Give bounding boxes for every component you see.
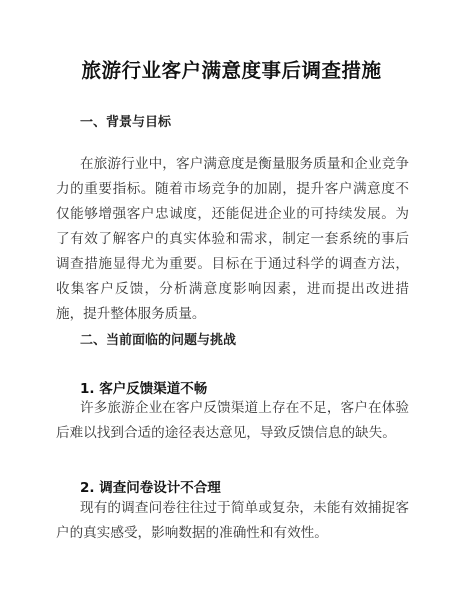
- subsection-heading-questionnaire: 2. 调查问卷设计不合理: [80, 476, 221, 496]
- subsection-paragraph-questionnaire: 现有的调查问卷往往过于简单或复杂，未能有效捕捉客户的真实感受，影响数据的准确性和…: [56, 496, 409, 546]
- section-heading-background: 一、背景与目标: [80, 111, 171, 130]
- subsection-paragraph-feedback-channel: 许多旅游企业在客户反馈渠道上存在不足，客户在体验后难以找到合适的途径表达意见，导…: [56, 396, 409, 446]
- document-title: 旅游行业客户满意度事后调查措施: [0, 55, 463, 83]
- section-paragraph-background: 在旅游行业中，客户满意度是衡量服务质量和企业竞争力的重要指标。随着市场竞争的加剧…: [56, 152, 409, 327]
- subsection-heading-feedback-channel: 1. 客户反馈渠道不畅: [80, 377, 207, 397]
- document-page: 旅游行业客户满意度事后调查措施 一、背景与目标 在旅游行业中，客户满意度是衡量服…: [0, 0, 463, 600]
- section-heading-challenges: 二、当前面临的问题与挑战: [80, 329, 236, 348]
